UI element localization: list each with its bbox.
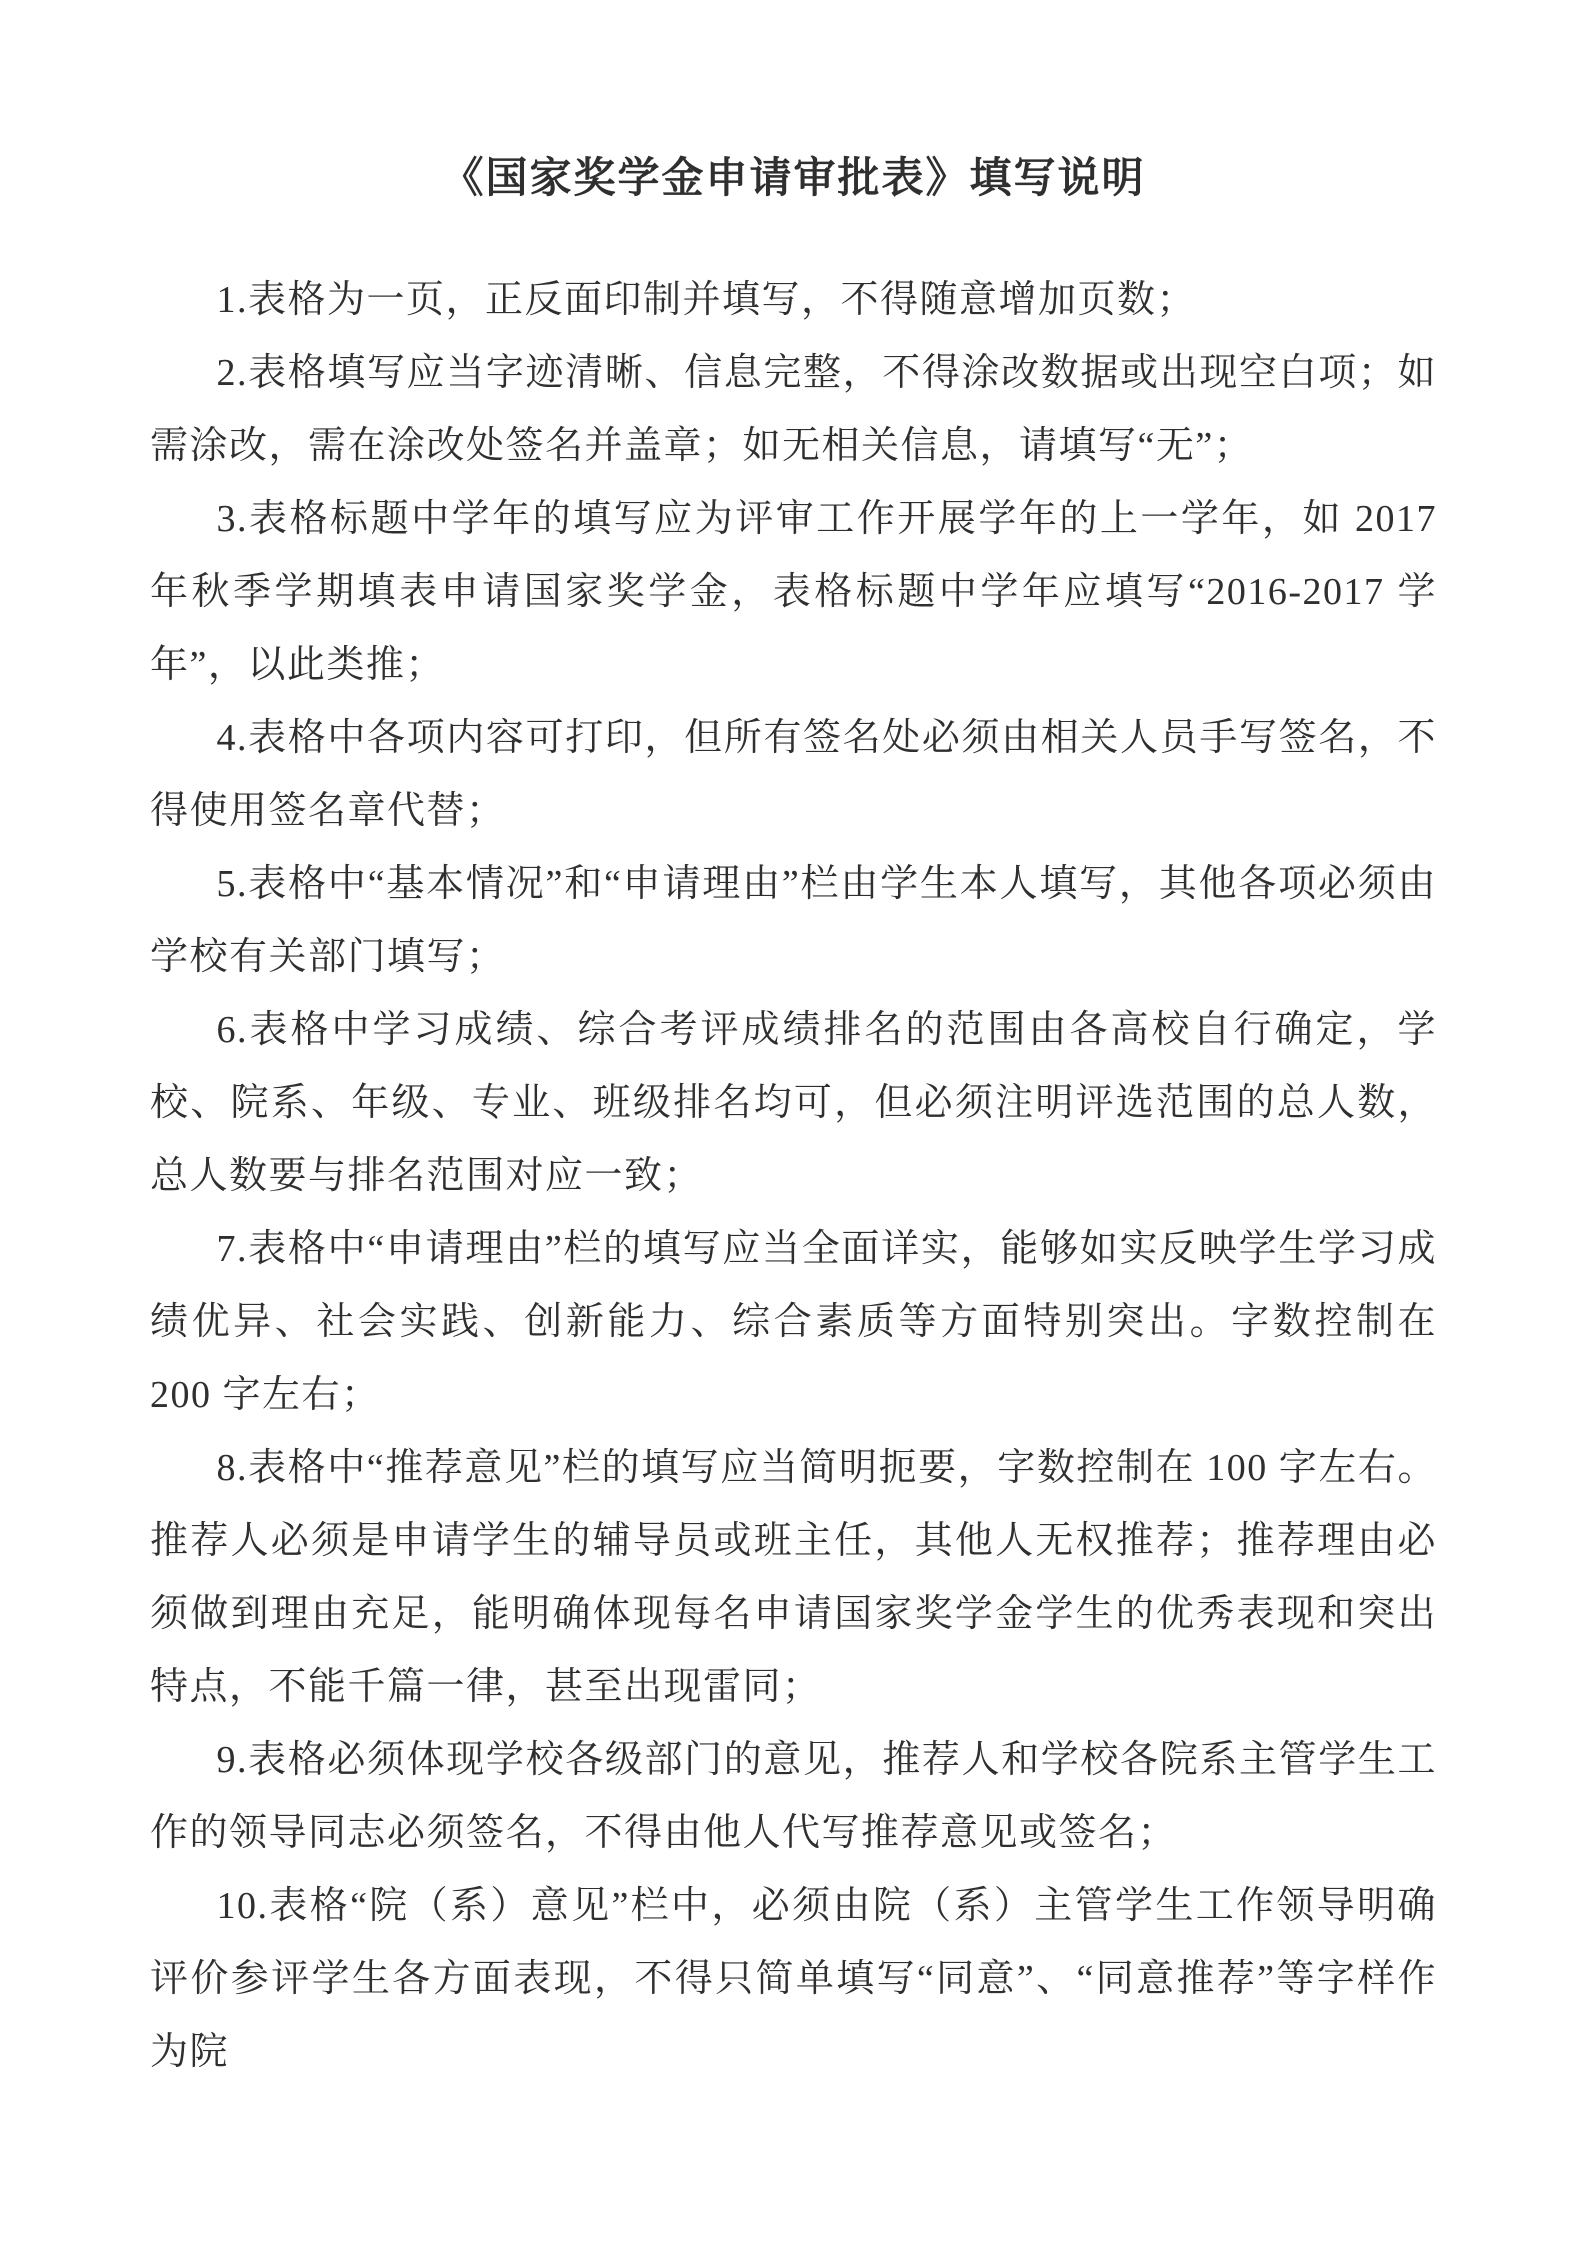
- instruction-item-5: 5.表格中“基本情况”和“申请理由”栏由学生本人填写，其他各项必须由学校有关部门…: [150, 848, 1437, 994]
- instruction-item-2: 2.表格填写应当字迹清晰、信息完整，不得涂改数据或出现空白项；如需涂改，需在涂改…: [150, 337, 1437, 483]
- instruction-item-3: 3.表格标题中学年的填写应为评审工作开展学年的上一学年，如 2017 年秋季学期…: [150, 483, 1437, 702]
- instructions-list: 1.表格为一页，正反面印制并填写，不得随意增加页数； 2.表格填写应当字迹清晰、…: [150, 264, 1437, 2089]
- instruction-item-4: 4.表格中各项内容可打印，但所有签名处必须由相关人员手写签名，不得使用签名章代替…: [150, 702, 1437, 848]
- instruction-item-1: 1.表格为一页，正反面印制并填写，不得随意增加页数；: [150, 264, 1437, 337]
- document-title: 《国家奖学金申请审批表》填写说明: [150, 0, 1437, 200]
- document-page: 《国家奖学金申请审批表》填写说明 1.表格为一页，正反面印制并填写，不得随意增加…: [0, 0, 1587, 2245]
- instruction-item-8: 8.表格中“推荐意见”栏的填写应当简明扼要，字数控制在 100 字左右。推荐人必…: [150, 1432, 1437, 1724]
- instruction-item-9: 9.表格必须体现学校各级部门的意见，推荐人和学校各院系主管学生工作的领导同志必须…: [150, 1724, 1437, 1870]
- instruction-item-7: 7.表格中“申请理由”栏的填写应当全面详实，能够如实反映学生学习成绩优异、社会实…: [150, 1213, 1437, 1432]
- instruction-item-10: 10.表格“院（系）意见”栏中，必须由院（系）主管学生工作领导明确评价参评学生各…: [150, 1870, 1437, 2089]
- instruction-item-6: 6.表格中学习成绩、综合考评成绩排名的范围由各高校自行确定，学校、院系、年级、专…: [150, 994, 1437, 1213]
